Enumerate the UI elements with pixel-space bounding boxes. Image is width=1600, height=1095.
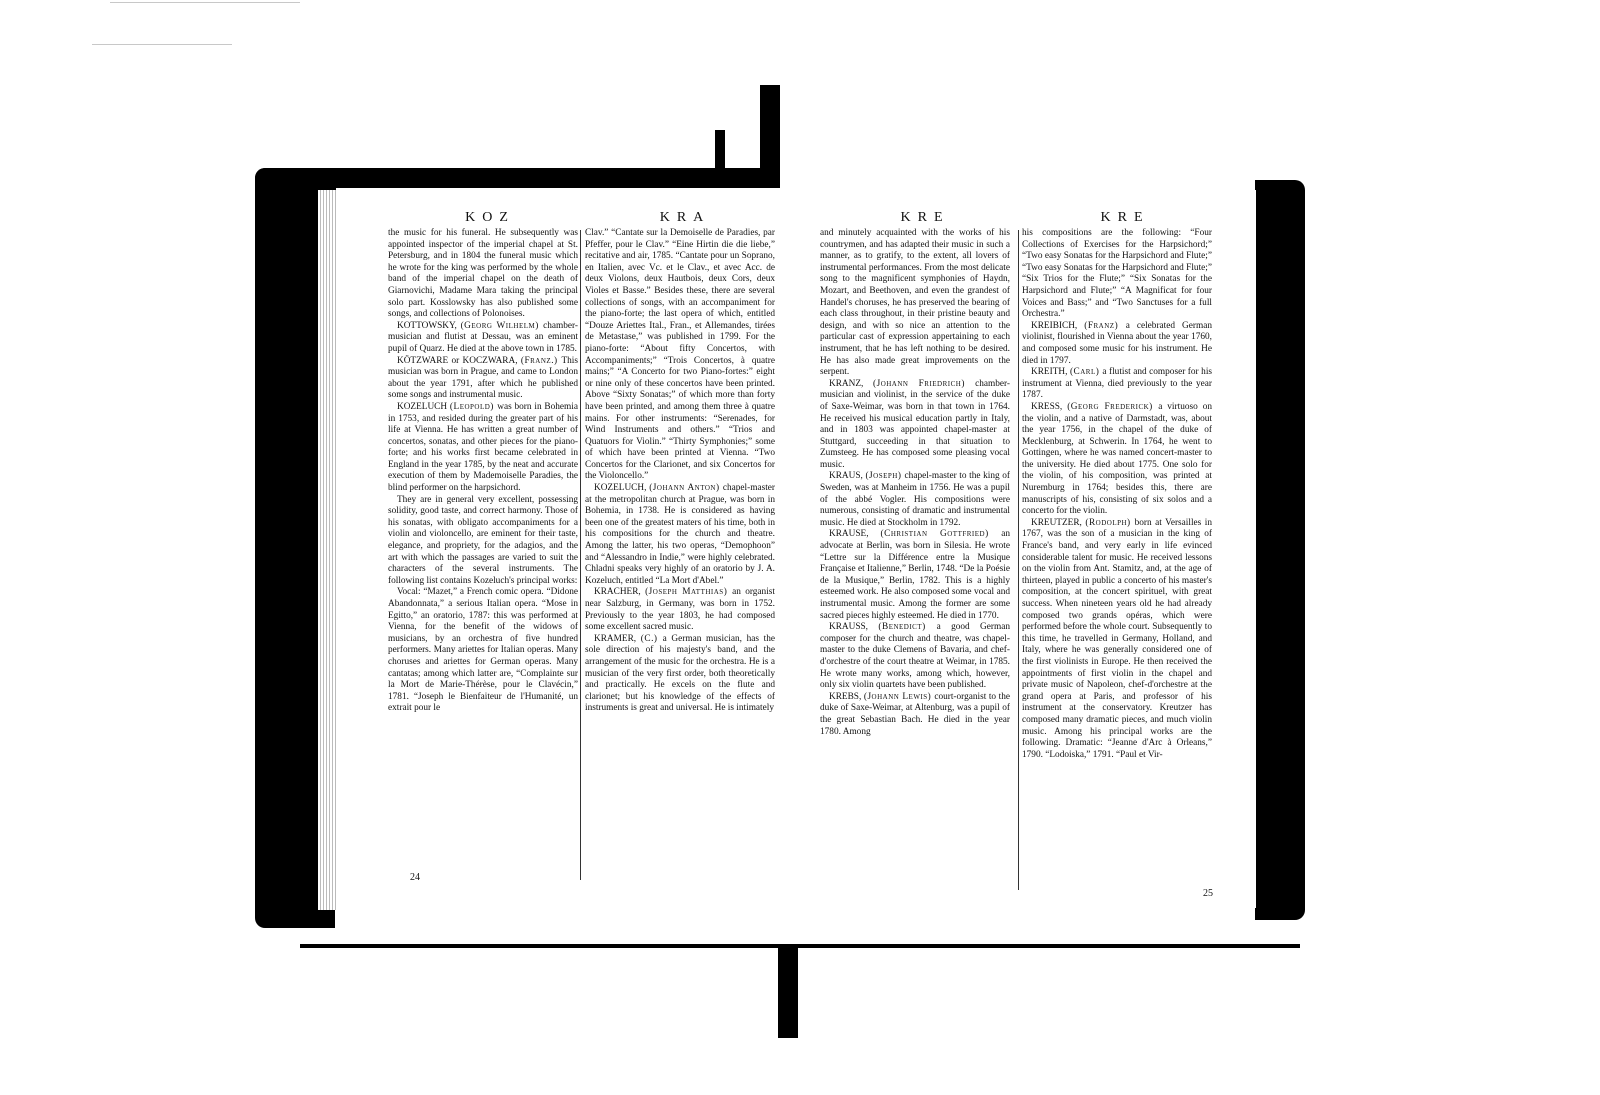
entry-name: KRESS, [1031,402,1067,412]
entry-name: KREUTZER, [1031,518,1085,528]
column-rule [1018,230,1019,890]
entry-name: KRACHER, [594,587,645,597]
entry-given-name: (Joseph) [865,471,904,481]
dictionary-entry: KOZELUCH (Leopold) was born in Bohemia i… [388,402,578,495]
text-column: and minutely acquainted with the works o… [820,228,1010,738]
running-head: KRA [625,210,745,226]
entry-given-name: (Georg Wilhelm) [461,321,544,331]
paragraph: Clav.” “Cantate sur la Demoiselle de Par… [585,228,775,483]
entry-given-name: (Carl) [1070,367,1102,377]
paragraph: the music for his funeral. He subsequent… [388,228,578,321]
entry-given-name: (Benedict) [878,622,936,632]
page-edges [318,190,336,910]
scan-artifact [92,44,232,45]
entry-given-name: (Franz) [1084,321,1125,331]
entry-given-name: (Joseph Matthias) [645,587,732,597]
running-head: KRE [1065,210,1185,226]
paragraph: They are in general very excellent, poss… [388,495,578,588]
entry-given-name: (Franz.) [521,356,562,366]
entry-name: KOTTOWSKY, [397,321,461,331]
page-number: 25 [1203,888,1213,899]
entry-given-name: (Johann Anton) [649,483,723,493]
running-head: KOZ [430,210,550,226]
spine-top-tab [715,130,725,190]
dictionary-entry: KRAUSE, (Christian Gottfried) an advocat… [820,529,1010,622]
dictionary-entry: KRAMER, (C.) a German musician, has the … [585,634,775,715]
spine-top-tab [760,85,780,190]
entry-name: KREBS, [829,692,864,702]
entry-given-name: (Johann Friedrich) [873,379,975,389]
entry-name: KREIBICH, [1031,321,1084,331]
entry-given-name: (Rodolph) [1085,518,1134,528]
text-column: the music for his funeral. He subsequent… [388,228,578,715]
entry-given-name: (Georg Frederick) [1067,402,1158,412]
dictionary-entry: KOTTOWSKY, (Georg Wilhelm) chamber-music… [388,321,578,356]
paragraph: and minutely acquainted with the works o… [820,228,1010,379]
dictionary-entry: KRAUSS, (Benedict) a good German compose… [820,622,1010,692]
dictionary-entry: KREUTZER, (Rodolph) born at Versailles i… [1022,518,1212,761]
entry-given-name: (Christian Gottfried) [881,529,1002,539]
entry-name: KRAMER, [594,634,641,644]
entry-name: KRAUSE, [829,529,881,539]
paragraph: Vocal: “Mazet,” a French comic opera. “D… [388,587,578,715]
entry-name: KRAUS, [829,471,865,481]
entry-name: KRANZ, [829,379,873,389]
dictionary-entry: KRACHER, (Joseph Matthias) an organist n… [585,587,775,633]
entry-given-name: (Johann Lewis) [864,692,934,702]
dictionary-entry: KREBS, (Johann Lewis) court-organist to … [820,692,1010,738]
entry-given-name: (C.) [641,634,663,644]
spine-bottom-tab [778,948,798,1038]
dictionary-entry: KRESS, (Georg Frederick) a virtuoso on t… [1022,402,1212,518]
entry-name: KREITH, [1031,367,1070,377]
column-rule [580,230,581,880]
book-cover-top [255,168,775,190]
entry-name: KÖTZWARE or KOCZWARA, [397,356,521,366]
entry-given-name: (Leopold) [450,402,497,412]
text-column: Clav.” “Cantate sur la Demoiselle de Par… [585,228,775,715]
scan-artifact [110,2,300,3]
dictionary-entry: KREITH, (Carl) a flutist and composer fo… [1022,367,1212,402]
spine-bottom-line [300,944,1300,948]
entry-name: KOZELUCH [397,402,450,412]
entry-name: KRAUSS, [829,622,878,632]
running-head: KRE [865,210,985,226]
entry-name: KOZELUCH, [594,483,649,493]
text-column: his compositions are the following: “Fou… [1022,228,1212,761]
dictionary-entry: KRANZ, (Johann Friedrich) chamber-musici… [820,379,1010,472]
book-cover-right [1255,180,1305,920]
page-number: 24 [410,872,420,883]
dictionary-entry: KÖTZWARE or KOCZWARA, (Franz.) This musi… [388,356,578,402]
paragraph: his compositions are the following: “Fou… [1022,228,1212,321]
dictionary-entry: KREIBICH, (Franz) a celebrated German vi… [1022,321,1212,367]
dictionary-entry: KOZELUCH, (Johann Anton) chapel-master a… [585,483,775,587]
dictionary-entry: KRAUS, (Joseph) chapel-master to the kin… [820,471,1010,529]
